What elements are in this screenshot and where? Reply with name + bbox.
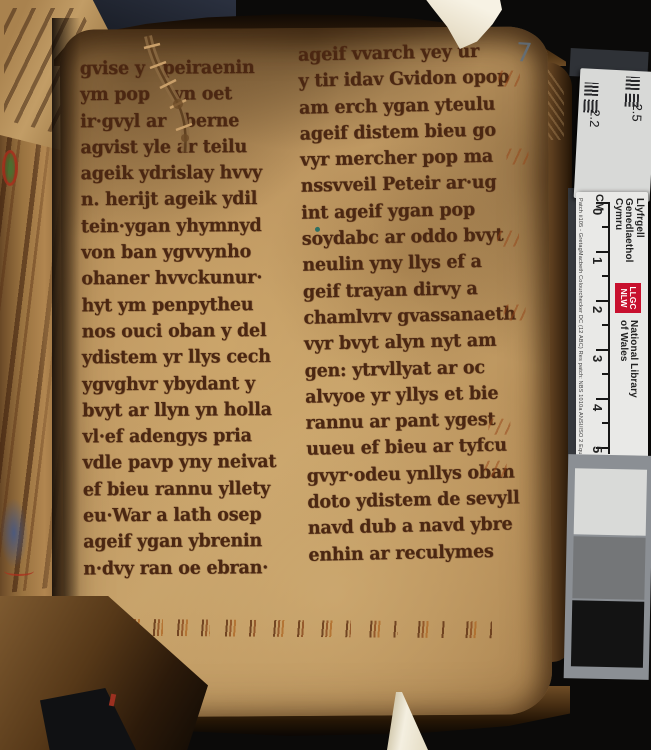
nlw-logo-top: LLGC bbox=[628, 286, 637, 309]
ruler-number: 4 bbox=[590, 404, 605, 411]
ruler-number: 1 bbox=[590, 257, 605, 264]
grayscale-patch-white bbox=[574, 468, 647, 535]
ruler-number: 5 bbox=[590, 446, 605, 453]
ruler-number: 2 bbox=[590, 306, 605, 313]
margin-pen-marks bbox=[485, 461, 507, 477]
library-name-welsh: Llyfrgell Genedlaethol Cymru bbox=[612, 198, 644, 276]
margin-pen-marks bbox=[504, 304, 526, 320]
margin-pen-marks bbox=[498, 70, 520, 86]
folio-number: 7 bbox=[515, 38, 533, 69]
resolution-value-label: 2.2 bbox=[587, 109, 603, 128]
nlw-logo: LLGC NLW bbox=[615, 283, 641, 313]
margin-pen-marks bbox=[497, 231, 519, 247]
decorated-initial-glimpse bbox=[2, 150, 18, 186]
grayscale-patch-black bbox=[571, 600, 644, 667]
ruler-number: 3 bbox=[590, 355, 605, 362]
ruler-number: 0 bbox=[590, 208, 605, 215]
grayscale-step-card bbox=[564, 454, 651, 680]
grayscale-patch-gray bbox=[572, 536, 645, 599]
resolution-pattern bbox=[625, 76, 640, 90]
scale-card-header: Llyfrgell Genedlaethol Cymru LLGC NLW Na… bbox=[612, 192, 644, 462]
stitched-repair bbox=[126, 34, 210, 164]
manuscript-photo: gvise y peiraenin ym pop vn oet ir·gvyl … bbox=[0, 0, 651, 750]
blue-flourish-glimpse bbox=[0, 498, 28, 568]
scale-card-small-print: Patch ii105 - GretagMacbeth Colourchecke… bbox=[577, 198, 583, 458]
resolution-pattern bbox=[584, 82, 599, 96]
pigment-speck bbox=[315, 227, 320, 232]
red-flourish-glimpse bbox=[4, 566, 34, 576]
nlw-logo-bottom: NLW bbox=[619, 289, 628, 308]
resolution-value-label: 2.5 bbox=[629, 103, 645, 122]
margin-pen-marks bbox=[488, 419, 510, 435]
margin-pen-marks bbox=[506, 148, 528, 164]
resolution-test-card: 2.2 2.5 bbox=[574, 68, 651, 202]
library-name-english: National Library of Wales bbox=[618, 320, 639, 398]
nlw-scale-card: Llyfrgell Genedlaethol Cymru LLGC NLW Na… bbox=[576, 192, 648, 462]
cm-ruler: CM 0 1 2 3 4 5 bbox=[590, 202, 610, 454]
